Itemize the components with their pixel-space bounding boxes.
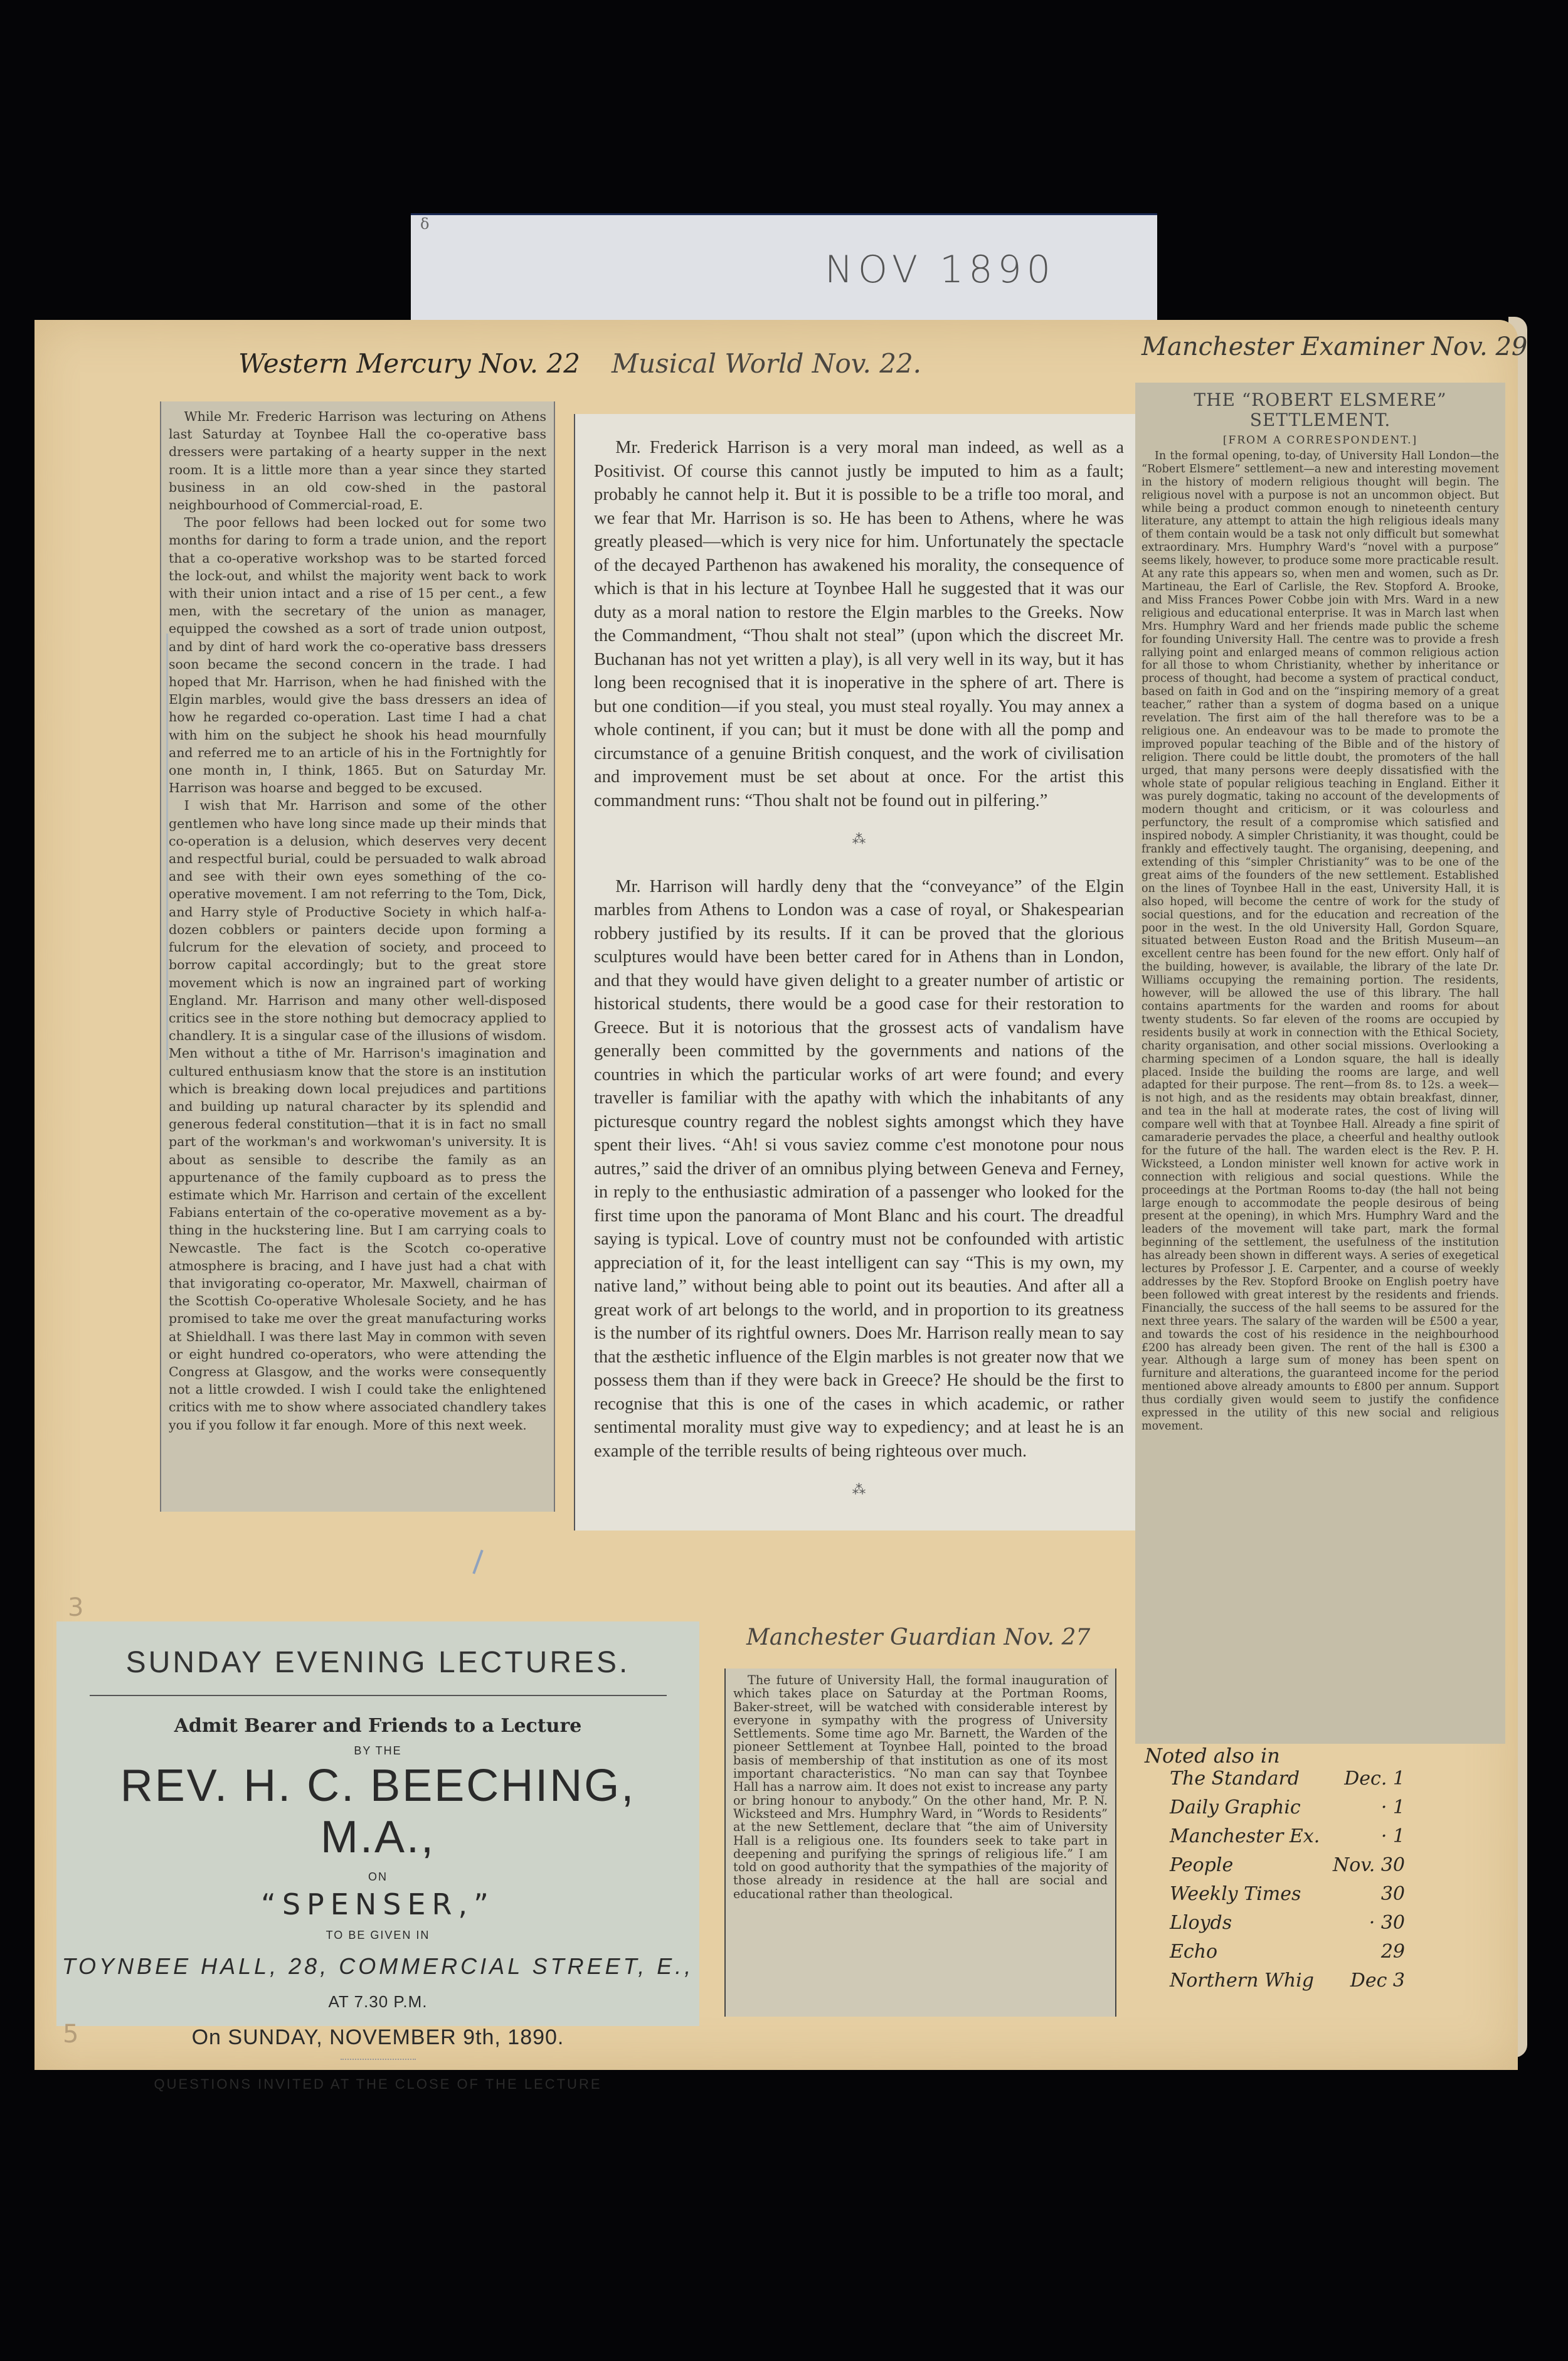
paper-name: Lloyds <box>1170 1912 1232 1934</box>
annotation-western-mercury: Western Mercury Nov. 22 <box>238 348 580 379</box>
section-separator: ⁂ <box>594 827 1124 851</box>
ticket-time: AT 7.30 P.M. <box>56 1992 699 2012</box>
pencil-page-number: 3 <box>68 1593 83 1622</box>
ticket-ornament <box>341 2059 416 2060</box>
ticket-given-in: TO BE GIVEN IN <box>56 1929 699 1942</box>
paragraph: While Mr. Frederic Harrison was lecturin… <box>169 408 546 514</box>
paper-date: Dec. 1 <box>1298 1768 1405 1790</box>
clipping-manchester-guardian: The future of University Hall, the forma… <box>724 1669 1116 2017</box>
paper-date: 29 <box>1298 1941 1405 1963</box>
list-item: Lloyds· 30 <box>1145 1912 1496 1941</box>
ticket-on: ON <box>56 1870 699 1884</box>
paper-date: · 30 <box>1298 1912 1405 1934</box>
annotation-manchester-guardian: Manchester Guardian Nov. 27 <box>746 1625 1090 1650</box>
paper-name: Northern Whig <box>1170 1970 1314 1992</box>
ticket-admit: Admit Bearer and Friends to a Lecture <box>56 1715 699 1737</box>
ticket-rule <box>90 1695 667 1696</box>
annotation-musical-world: Musical World Nov. 22. <box>612 348 921 379</box>
annotation-manchester-examiner: Manchester Examiner Nov. 29 <box>1142 332 1527 361</box>
paper-name: The Standard <box>1170 1768 1300 1790</box>
clipping-musical-world: Mr. Frederick Harrison is a very moral m… <box>574 414 1135 1531</box>
list-item: The StandardDec. 1 <box>1145 1768 1496 1796</box>
ticket-date: On SUNDAY, NOVEMBER 9th, 1890. <box>56 2025 699 2050</box>
list-item: Weekly Times30 <box>1145 1883 1496 1912</box>
corner-mark: δ <box>420 215 429 233</box>
headline: THE “ROBERT ELSMERE” SETTLEMENT. <box>1142 390 1499 430</box>
paper-date: Nov. 30 <box>1298 1854 1405 1876</box>
paragraph: The future of University Hall, the forma… <box>733 1674 1108 1901</box>
paper-date: 30 <box>1298 1883 1405 1905</box>
paper-date: Dec 3 <box>1298 1970 1405 1992</box>
paragraph: The poor fellows had been locked out for… <box>169 514 546 797</box>
paper-date: · 1 <box>1298 1825 1405 1847</box>
paper-name: Daily Graphic <box>1170 1796 1301 1818</box>
blue-pencil-mark <box>166 634 168 1060</box>
lecture-ticket: SUNDAY EVENING LECTURES. Admit Bearer an… <box>56 1621 699 2026</box>
clipping-western-mercury: While Mr. Frederic Harrison was lecturin… <box>160 401 555 1512</box>
paper-name: People <box>1170 1854 1233 1876</box>
ticket-by: BY THE <box>56 1744 699 1758</box>
paragraph: I wish that Mr. Harrison and some of the… <box>169 797 546 1433</box>
paper-name: Manchester Ex. <box>1170 1825 1320 1847</box>
ticket-venue: TOYNBEE HALL, 28, COMMERCIAL STREET, E., <box>56 1953 699 1980</box>
ticket-footer: QUESTIONS INVITED AT THE CLOSE OF THE LE… <box>56 2076 699 2093</box>
paper-date: · 1 <box>1298 1796 1405 1818</box>
paper-name: Echo <box>1170 1941 1217 1963</box>
byline: [FROM A CORRESPONDENT.] <box>1142 434 1499 447</box>
list-item: Echo29 <box>1145 1941 1496 1970</box>
paper-name: Weekly Times <box>1170 1883 1301 1905</box>
list-item: Daily Graphic· 1 <box>1145 1796 1496 1825</box>
pencil-page-number: 5 <box>63 2020 78 2049</box>
paragraph: Mr. Harrison will hardly deny that the “… <box>594 875 1124 1463</box>
ticket-series: SUNDAY EVENING LECTURES. <box>56 1645 699 1680</box>
noted-also-intro: Noted also in <box>1145 1744 1496 1768</box>
archive-date-label: NOV 1890 <box>825 248 1056 292</box>
ticket-topic: “SPENSER,” <box>56 1887 699 1921</box>
end-separator: ⁂ <box>594 1478 1124 1502</box>
clipping-manchester-examiner: THE “ROBERT ELSMERE” SETTLEMENT. [FROM A… <box>1135 383 1505 1744</box>
archive-date-tab: δ NOV 1890 <box>411 213 1157 334</box>
paragraph: Mr. Frederick Harrison is a very moral m… <box>594 436 1124 812</box>
ticket-speaker: REV. H. C. BEECHING, M.A., <box>56 1760 699 1863</box>
list-item: Manchester Ex.· 1 <box>1145 1825 1496 1854</box>
list-item: PeopleNov. 30 <box>1145 1854 1496 1883</box>
paragraph: In the formal opening, to-day, of Univer… <box>1142 450 1499 1433</box>
list-item: Northern WhigDec 3 <box>1145 1970 1496 1998</box>
noted-also-list: Noted also in The StandardDec. 1 Daily G… <box>1145 1744 1496 1998</box>
